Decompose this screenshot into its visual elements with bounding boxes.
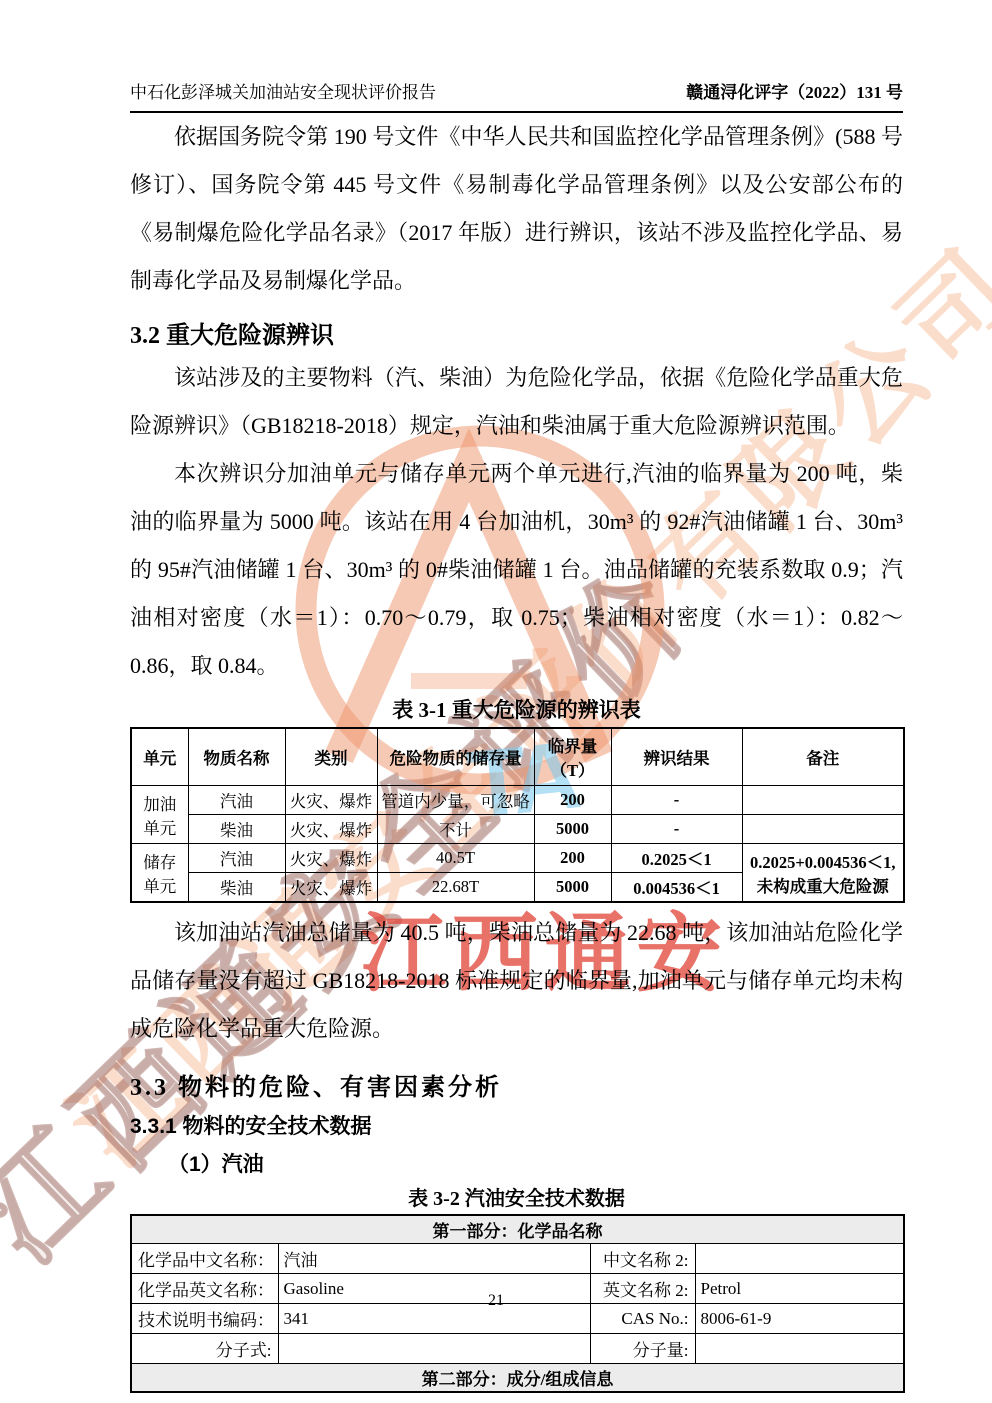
table-cell: 柴油 [188, 873, 285, 903]
table-cell: 5000 [534, 815, 611, 844]
table-row: 加油 单元 汽油 火灾、爆炸 管道内少量，可忽略 200 - [131, 786, 904, 815]
table-cell: - [611, 815, 742, 844]
table-cell: 22.68T [377, 873, 534, 903]
section-title-cell: 第二部分：成分/组成信息 [131, 1364, 904, 1393]
header-cell-critical: 临界量 （T） [534, 728, 611, 786]
paragraph-materials-scope: 该站涉及的主要物料（汽、柴油）为危险化学品，依据《危险化学品重大危险源辨识》（G… [130, 354, 903, 450]
table-cell: 柴油 [188, 815, 285, 844]
table-row: 分子式: 分子量: [131, 1334, 904, 1364]
table-cell: 火灾、爆炸 [285, 815, 377, 844]
paragraph-identification-basis: 依据国务院令第 190 号文件《中华人民共和国监控化学品管理条例》(588 号修… [130, 113, 903, 305]
table-cell: 不计 [377, 815, 534, 844]
header-cell-unit: 单元 [131, 728, 188, 786]
value-cell [695, 1334, 904, 1364]
table-cell: 200 [534, 786, 611, 815]
unit-cell-storage: 储存 单元 [131, 844, 188, 903]
value-cell [695, 1244, 904, 1274]
table-row: 柴油 火灾、爆炸 不计 5000 - [131, 815, 904, 844]
table-cell: 0.2025＜1 [611, 844, 742, 873]
label-cell: 分子式: [131, 1334, 278, 1364]
table-cell: 火灾、爆炸 [285, 873, 377, 903]
table-section-row: 第二部分：成分/组成信息 [131, 1364, 904, 1393]
table-cell: 0.004536＜1 [611, 873, 742, 903]
header-cell-storage: 危险物质的储存量 [377, 728, 534, 786]
header-cell-category: 类别 [285, 728, 377, 786]
unit-cell-fueling: 加油 单元 [131, 786, 188, 844]
value-cell [278, 1334, 590, 1364]
document-number: 赣通浔化评字（2022）131 号 [686, 78, 903, 103]
label-cell: 中文名称 2: [590, 1244, 695, 1274]
section-heading-3-2: 3.2 重大危险源辨识 [130, 315, 903, 350]
section-title-cell: 第一部分：化学品名称 [131, 1215, 904, 1244]
remark-cell: 0.2025+0.004536＜1, 未构成重大危险源 [742, 844, 904, 903]
label-cell: 分子量: [590, 1334, 695, 1364]
table-cell: 管道内少量，可忽略 [377, 786, 534, 815]
paragraph-identification-detail: 本次辨识分加油单元与储存单元两个单元进行,汽油的临界量为 200 吨，柴油的临界… [130, 450, 903, 690]
table-cell: 5000 [534, 873, 611, 903]
report-title: 中石化彭泽城关加油站安全现状评价报告 [130, 78, 436, 103]
label-cell: 化学品中文名称： [131, 1244, 278, 1274]
header-cell-substance: 物质名称 [188, 728, 285, 786]
page-number: 21 [0, 1292, 992, 1310]
table-row: 化学品中文名称： 汽油 中文名称 2: [131, 1244, 904, 1274]
header-cell-result: 辨识结果 [611, 728, 742, 786]
table-row: 储存 单元 汽油 火灾、爆炸 40.5T 200 0.2025＜1 0.2025… [131, 844, 904, 873]
running-header: 中石化彭泽城关加油站安全现状评价报告 赣通浔化评字（2022）131 号 [130, 78, 903, 113]
table-cell [742, 815, 904, 844]
value-cell: 汽油 [278, 1244, 590, 1274]
table-section-row: 第一部分：化学品名称 [131, 1215, 904, 1244]
header-cell-remark: 备注 [742, 728, 904, 786]
table-header-row: 单元 物质名称 类别 危险物质的储存量 临界量 （T） 辨识结果 备注 [131, 728, 904, 786]
table-cell: 火灾、爆炸 [285, 844, 377, 873]
document-page: 江西通安全评价有限公司 江西通安全评价 TA 江西通安 中石化彭泽城关加油站安全… [0, 0, 992, 1403]
table-3-1-caption: 表 3-1 重大危险源的辨识表 [130, 694, 903, 724]
table-cell: 200 [534, 844, 611, 873]
page-content: 中石化彭泽城关加油站安全现状评价报告 赣通浔化评字（2022）131 号 依据国… [0, 0, 992, 1393]
table-cell: 汽油 [188, 786, 285, 815]
table-3-2-caption: 表 3-2 汽油安全技术数据 [130, 1182, 903, 1211]
table-cell: 40.5T [377, 844, 534, 873]
list-item-gasoline: （1）汽油 [130, 1148, 903, 1178]
hazard-identification-table: 单元 物质名称 类别 危险物质的储存量 临界量 （T） 辨识结果 备注 加油 单… [130, 727, 905, 903]
table-cell: - [611, 786, 742, 815]
paragraph-conclusion: 该加油站汽油总储量为 40.5 吨，柴油总储量为 22.68 吨，该加油站危险化… [130, 909, 903, 1053]
table-cell [742, 786, 904, 815]
subsection-heading-3-3-1: 3.3.1 物料的安全技术数据 [130, 1110, 903, 1140]
section-heading-3-3: 3.3 物料的危险、有害因素分析 [130, 1067, 903, 1102]
table-cell: 汽油 [188, 844, 285, 873]
table-cell: 火灾、爆炸 [285, 786, 377, 815]
